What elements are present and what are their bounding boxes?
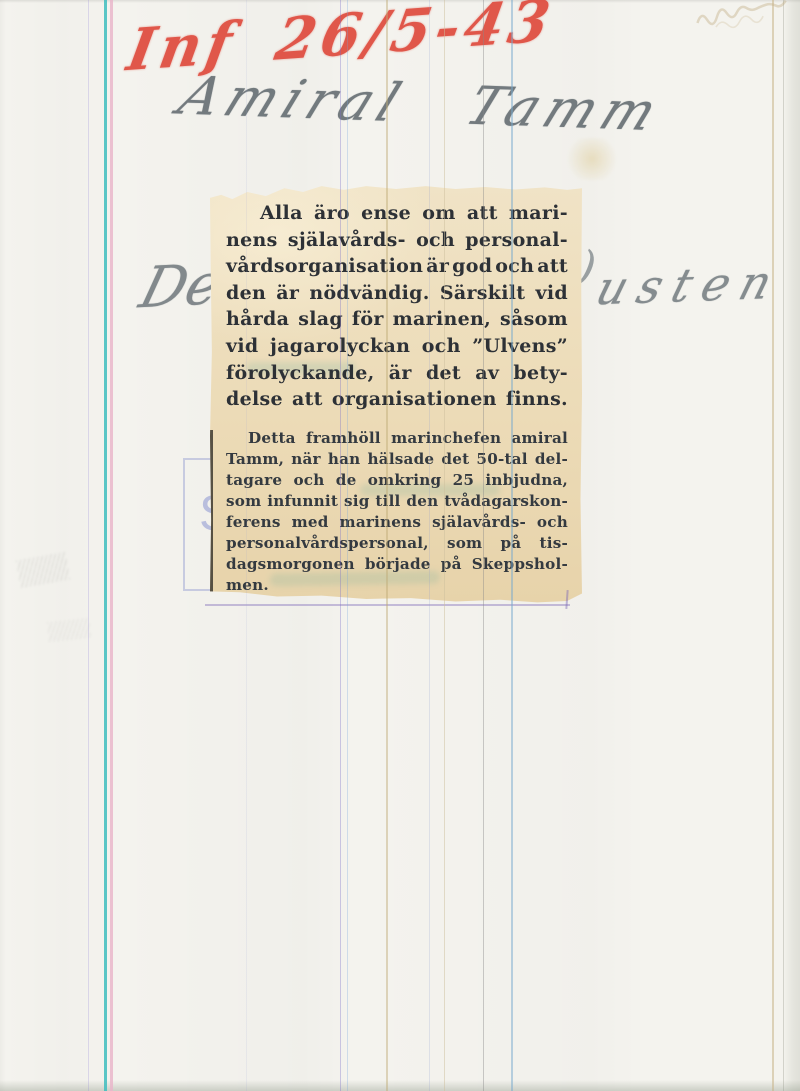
- pencil-smudge: [16, 552, 70, 588]
- pencil-fragment-right: usten: [590, 255, 789, 316]
- clipping-text-line: nenssjälavårds-ochpersonal-: [226, 227, 568, 254]
- photo-right-edge-line: [783, 0, 784, 1091]
- pencil-name-annotation: Amiral Tamm: [170, 66, 673, 143]
- crease-line: [772, 0, 774, 1091]
- photo-right-edge: [783, 0, 800, 1091]
- crease-line: [88, 0, 89, 1091]
- pink-fiber-line: [110, 0, 113, 1091]
- clipping-text-line: hårdaslagförmarinen,såsom: [226, 306, 568, 333]
- clipping-text-line: delseattorganisationenfinns.: [226, 386, 568, 413]
- clipping-text-line: denärnödvändig.Särskiltvid: [226, 280, 568, 307]
- clipping-text: Allaäroenseomattmari-nenssjälavårds-ochp…: [226, 200, 568, 596]
- photo-bottom-edge: [0, 1080, 800, 1091]
- teal-fiber-line: [104, 0, 107, 1091]
- clipping-text-line: tagareochdeomkring25inbjudna,: [226, 470, 568, 491]
- photo-page: Inf 26/5-43 Amiral Tamm De usten ) S All…: [0, 0, 800, 1091]
- pencil-smudge: [47, 618, 91, 642]
- clipping-paragraph-1: Allaäroenseomattmari-nenssjälavårds-ochp…: [226, 200, 568, 413]
- clipping-text-line: men.: [226, 575, 568, 596]
- clipping-text-line: personalvårdspersonal,sompåtis-: [226, 533, 568, 554]
- clipping-text-line: ferensmedmarinenssjälavårds-och: [226, 512, 568, 533]
- clipping-text-line: dagsmorgonenbörjadepåSkeppshol-: [226, 554, 568, 575]
- clipping-text-line: vårdsorganisationärgodochatt: [226, 253, 568, 280]
- clipping-text-line: förolyckande,ärdetavbety-: [226, 360, 568, 387]
- clipping-text-line: Allaäroenseomattmari-: [226, 200, 568, 227]
- clipping-text-line: vidjagarolyckanoch”Ulvens”: [226, 333, 568, 360]
- yellow-speckle: [563, 138, 621, 180]
- clipping-text-line: Dettaframhöllmarinchefenamiral: [226, 428, 568, 449]
- clipping-text-line: Tamm,närhanhälsadedet50-taldel-: [226, 449, 568, 470]
- purple-underline-mark: [205, 604, 570, 606]
- clipping-text-line: sominfunnitsigtilldentvådagarskon-: [226, 491, 568, 512]
- newspaper-clipping: Allaäroenseomattmari-nenssjälavårds-ochp…: [210, 184, 582, 604]
- clipping-paragraph-2: DettaframhöllmarinchefenamiralTamm,närha…: [226, 428, 568, 596]
- sepia-smudge: [694, 0, 797, 37]
